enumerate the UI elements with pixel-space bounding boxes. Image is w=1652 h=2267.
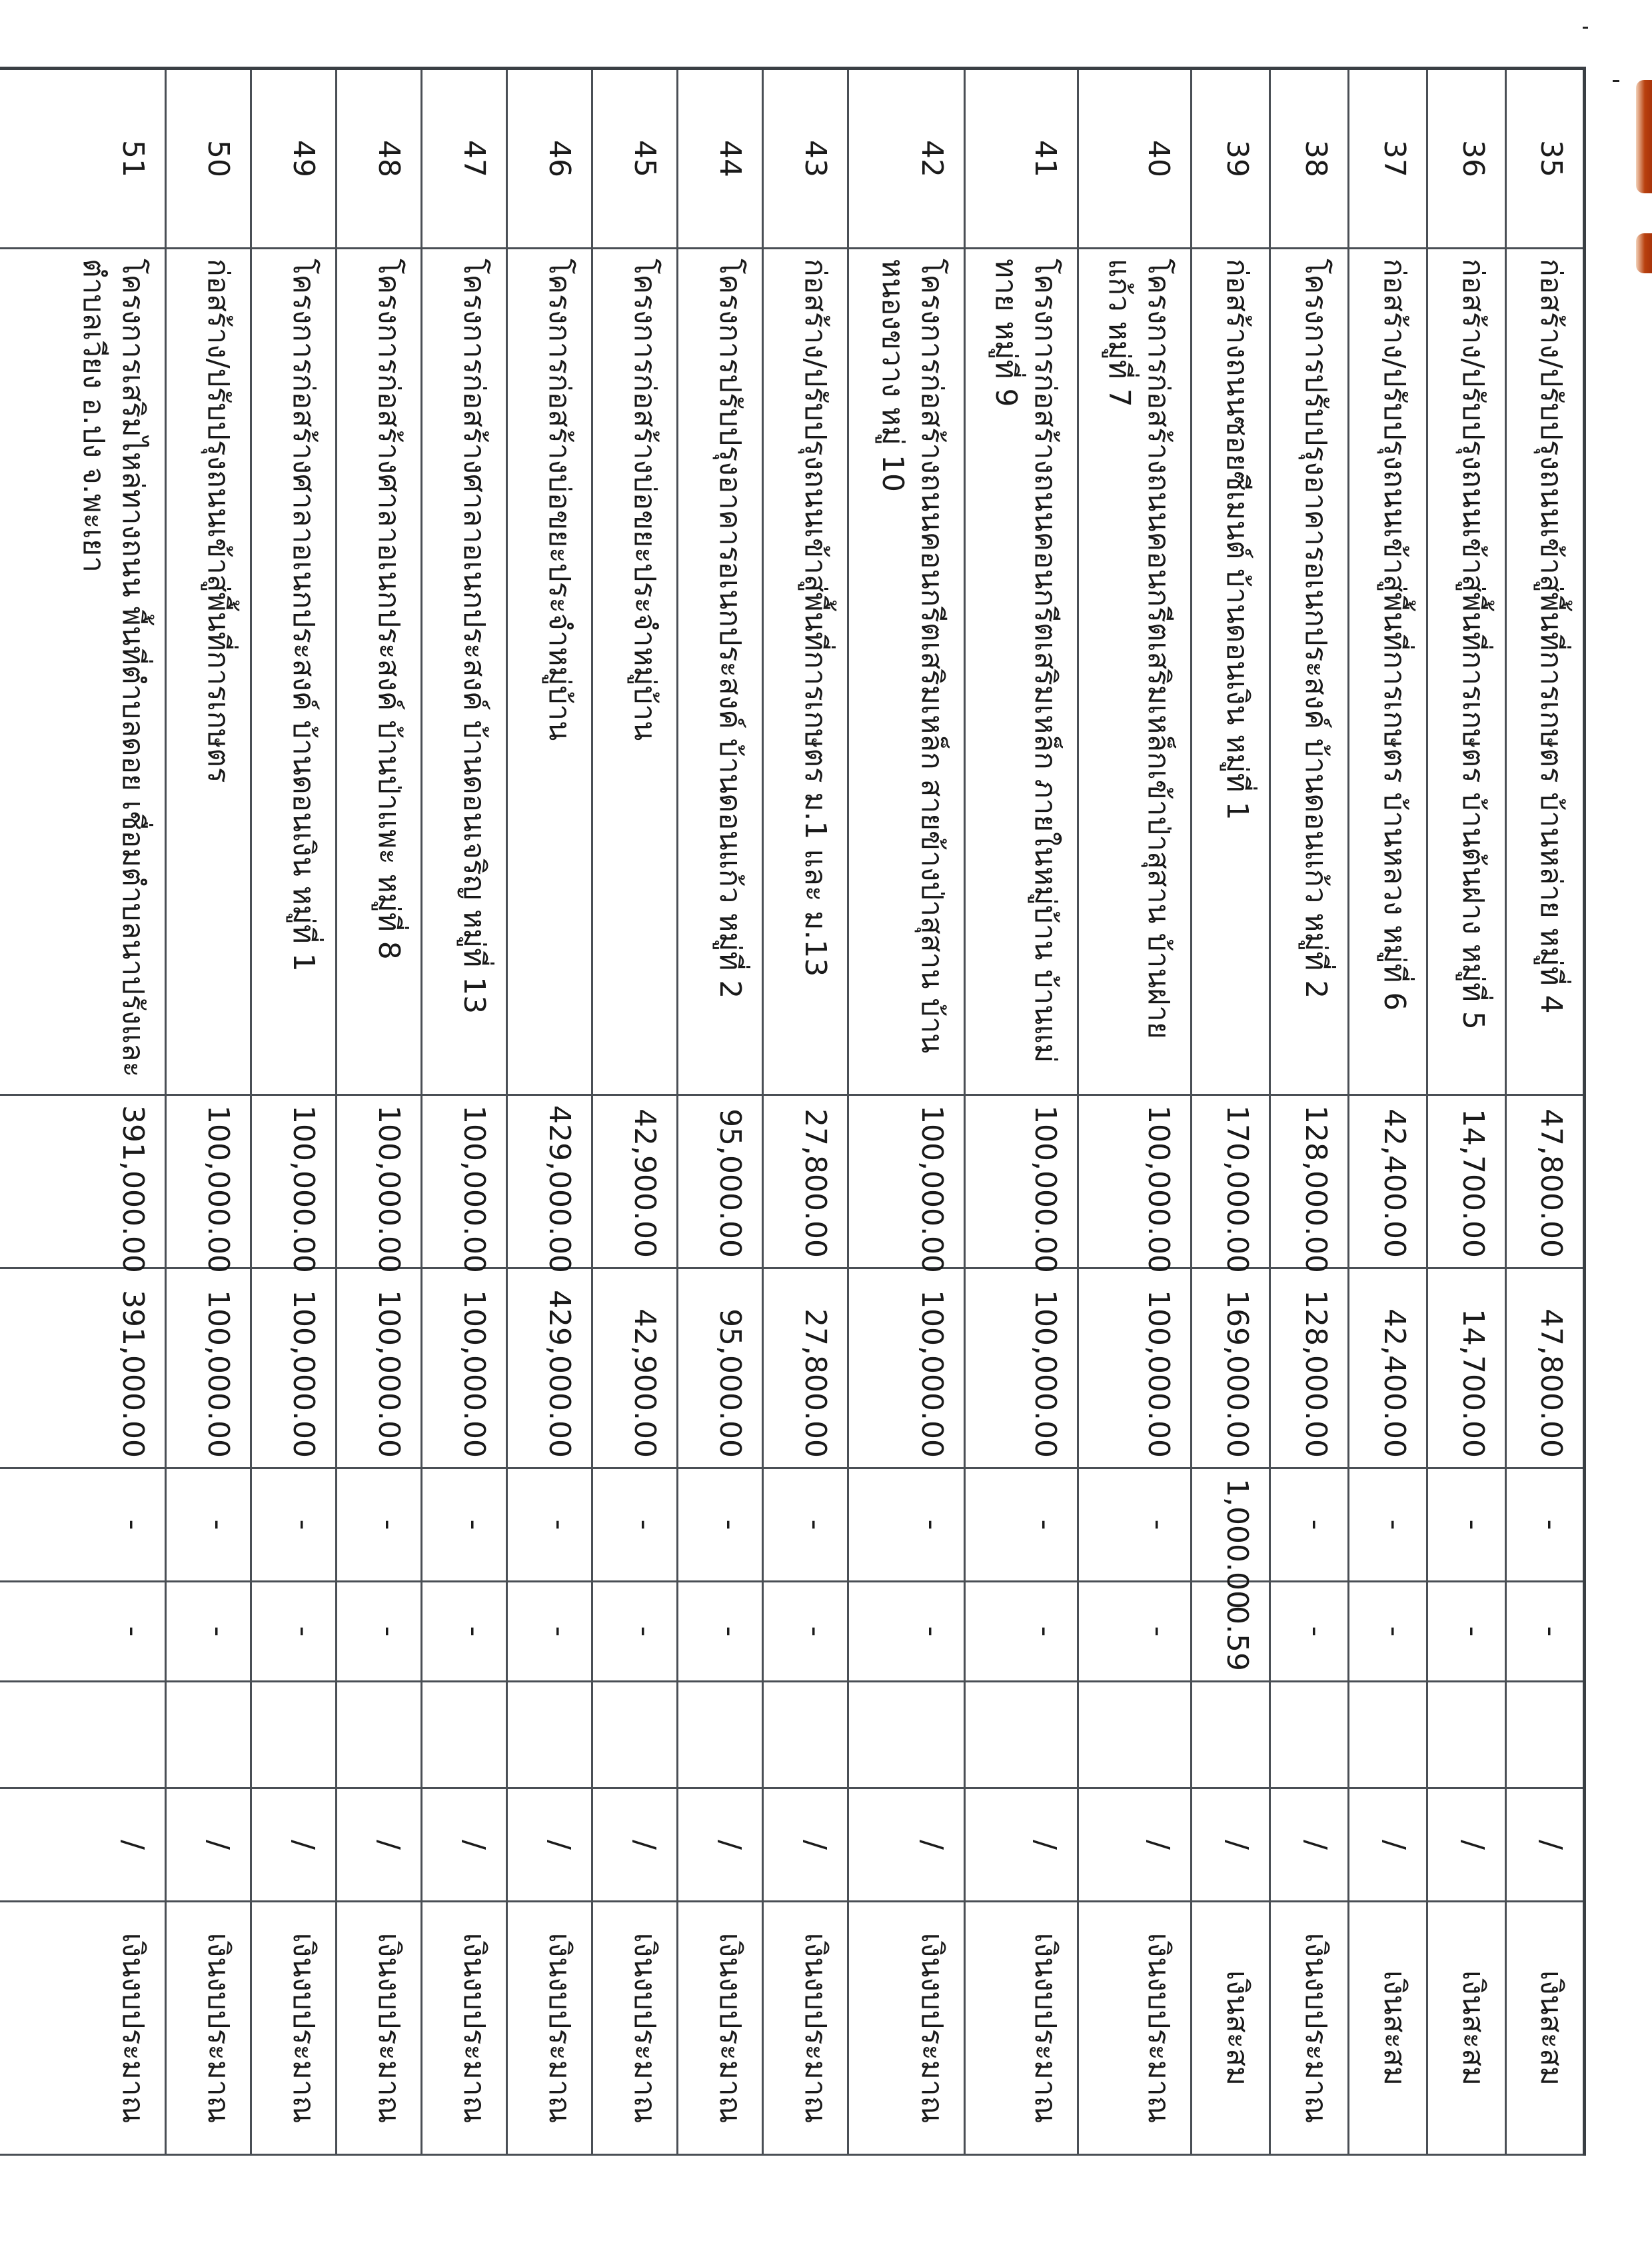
remaining-amount: 1,000.00 (1192, 1468, 1270, 1582)
project-name: โครงการก่อสร้างถนนคอนกรีตเสริมเหล็ก สายข… (848, 249, 965, 1095)
contract-amount: 100,000.00 (848, 1268, 965, 1468)
remaining-amount: - (166, 1468, 251, 1582)
budget-amount: 95,000.00 (678, 1095, 763, 1268)
check-mark-column-1 (1349, 1682, 1427, 1788)
row-number: 37 (1349, 69, 1427, 249)
check-mark-column-2: / (1427, 1788, 1506, 1902)
remaining-percent: - (251, 1582, 337, 1682)
budget-amount: 170,000.00 (1192, 1095, 1270, 1268)
funding-source: เงินงบประมาณ (251, 1902, 337, 2155)
check-mark-column-2: / (763, 1788, 848, 1902)
row-number: 42 (848, 69, 965, 249)
row-number: 38 (1270, 69, 1349, 249)
check-mark-column-2: / (965, 1788, 1078, 1902)
table-row: 51โครงการเสริมไหล่ทางถนน พื้นที่ตำบลดอย … (0, 69, 166, 2155)
row-number: 39 (1192, 69, 1270, 249)
remaining-amount: - (507, 1468, 592, 1582)
contract-amount: 42,900.00 (592, 1268, 678, 1468)
check-mark-column-1 (1078, 1682, 1192, 1788)
project-name: โครงการก่อสร้างบ่อขยะประจำหมู่บ้าน (507, 249, 592, 1095)
scan-speck (1583, 27, 1588, 29)
project-name: โครงการก่อสร้างถนนคอนกรีตเสริมเหล็ก ภายใ… (965, 249, 1078, 1095)
edge-stain (1636, 233, 1652, 273)
scan-speck (1613, 80, 1619, 82)
project-name: โครงการก่อสร้างศาลาอเนกประสงค์ บ้านดอนเจ… (422, 249, 507, 1095)
remaining-percent: - (763, 1582, 848, 1682)
row-number: 40 (1078, 69, 1192, 249)
remaining-amount: - (251, 1468, 337, 1582)
row-number: 47 (422, 69, 507, 249)
edge-stain (1636, 80, 1652, 193)
funding-source: เงินงบประมาณ (678, 1902, 763, 2155)
contract-amount: 27,800.00 (763, 1268, 848, 1468)
funding-source: เงินสะสม (1506, 1902, 1585, 2155)
remaining-percent: - (337, 1582, 422, 1682)
row-number: 43 (763, 69, 848, 249)
table-row: 38โครงการปรับปรุงอาคารอเนกประสงค์ บ้านดอ… (1270, 69, 1349, 2155)
budget-amount: 429,000.00 (507, 1095, 592, 1268)
funding-source: เงินงบประมาณ (337, 1902, 422, 2155)
project-name: ก่อสร้าง/ปรับปรุงถนนเข้าสู่พื้นที่การเกษ… (763, 249, 848, 1095)
check-mark-column-1 (763, 1682, 848, 1788)
check-mark-column-2: / (337, 1788, 422, 1902)
remaining-amount: - (592, 1468, 678, 1582)
table-row: 47โครงการก่อสร้างศาลาอเนกประสงค์ บ้านดอน… (422, 69, 507, 2155)
contract-amount: 100,000.00 (1078, 1268, 1192, 1468)
budget-amount: 100,000.00 (422, 1095, 507, 1268)
remaining-amount: - (848, 1468, 965, 1582)
project-name: โครงการก่อสร้างบ่อขยะประจำหมู่บ้าน (592, 249, 678, 1095)
funding-source: เงินงบประมาณ (1270, 1902, 1349, 2155)
table-row: 42โครงการก่อสร้างถนนคอนกรีตเสริมเหล็ก สา… (848, 69, 965, 2155)
budget-amount: 14,700.00 (1427, 1095, 1506, 1268)
check-mark-column-1 (592, 1682, 678, 1788)
project-name: โครงการเสริมไหล่ทางถนน พื้นที่ตำบลดอย เช… (0, 249, 166, 1095)
remaining-percent: - (166, 1582, 251, 1682)
remaining-percent: - (507, 1582, 592, 1682)
check-mark-column-1 (678, 1682, 763, 1788)
project-name: ก่อสร้าง/ปรับปรุงถนนเข้าสู่พื้นที่การเกษ… (166, 249, 251, 1095)
table-row: 46โครงการก่อสร้างบ่อขยะประจำหมู่บ้าน429,… (507, 69, 592, 2155)
check-mark-column-1 (0, 1682, 166, 1788)
budget-amount: 100,000.00 (1078, 1095, 1192, 1268)
check-mark-column-2: / (0, 1788, 166, 1902)
remaining-percent: - (1078, 1582, 1192, 1682)
check-mark-column-1 (251, 1682, 337, 1788)
project-name: ก่อสร้างถนนซอยซีเมนต์ บ้านดอนเงิน หมู่ที… (1192, 249, 1270, 1095)
check-mark-column-1 (848, 1682, 965, 1788)
funding-source: เงินสะสม (1427, 1902, 1506, 2155)
contract-amount: 128,000.00 (1270, 1268, 1349, 1468)
check-mark-column-1 (507, 1682, 592, 1788)
project-name: โครงการก่อสร้างศาลาอเนกประสงค์ บ้านป่าแพ… (337, 249, 422, 1095)
remaining-amount: - (763, 1468, 848, 1582)
contract-amount: 100,000.00 (965, 1268, 1078, 1468)
check-mark-column-2: / (1349, 1788, 1427, 1902)
remaining-amount: - (1427, 1468, 1506, 1582)
remaining-amount: - (422, 1468, 507, 1582)
remaining-percent: - (1427, 1582, 1506, 1682)
check-mark-column-2: / (507, 1788, 592, 1902)
check-mark-column-1 (1270, 1682, 1349, 1788)
check-mark-column-2: / (422, 1788, 507, 1902)
funding-source: เงินสะสม (1349, 1902, 1427, 2155)
contract-amount: 100,000.00 (422, 1268, 507, 1468)
funding-source: เงินงบประมาณ (1078, 1902, 1192, 2155)
contract-amount: 14,700.00 (1427, 1268, 1506, 1468)
table-row: 43ก่อสร้าง/ปรับปรุงถนนเข้าสู่พื้นที่การเ… (763, 69, 848, 2155)
check-mark-column-1 (1427, 1682, 1506, 1788)
budget-amount: 27,800.00 (763, 1095, 848, 1268)
remaining-percent: - (1506, 1582, 1585, 1682)
table-row: 37ก่อสร้าง/ปรับปรุงถนนเข้าสู่พื้นที่การเ… (1349, 69, 1427, 2155)
funding-source: เงินงบประมาณ (166, 1902, 251, 2155)
budget-amount: 100,000.00 (337, 1095, 422, 1268)
row-number: 51 (0, 69, 166, 249)
funding-source: เงินงบประมาณ (965, 1902, 1078, 2155)
rotated-document-page: 35ก่อสร้าง/ปรับปรุงถนนเข้าสู่พื้นที่การเ… (120, 67, 1586, 2153)
remaining-amount: - (965, 1468, 1078, 1582)
check-mark-column-2: / (848, 1788, 965, 1902)
check-mark-column-1 (422, 1682, 507, 1788)
table-row: 44โครงการปรับปรุงอาคารอเนกประสงค์ บ้านดอ… (678, 69, 763, 2155)
project-name: โครงการปรับปรุงอาคารอเนกประสงค์ บ้านดอนแ… (1270, 249, 1349, 1095)
remaining-percent: - (0, 1582, 166, 1682)
table-row: 49โครงการก่อสร้างศาลาอเนกประสงค์ บ้านดอน… (251, 69, 337, 2155)
check-mark-column-2: / (1270, 1788, 1349, 1902)
row-number: 41 (965, 69, 1078, 249)
check-mark-column-1 (337, 1682, 422, 1788)
contract-amount: 42,400.00 (1349, 1268, 1427, 1468)
table-row: 40โครงการก่อสร้างถนนคอนกรีตเสริมเหล็กเข้… (1078, 69, 1192, 2155)
check-mark-column-2: / (251, 1788, 337, 1902)
contract-amount: 100,000.00 (337, 1268, 422, 1468)
contract-amount: 169,000.00 (1192, 1268, 1270, 1468)
table-row: 48โครงการก่อสร้างศาลาอเนกประสงค์ บ้านป่า… (337, 69, 422, 2155)
budget-amount: 47,800.00 (1506, 1095, 1585, 1268)
budget-amount: 42,900.00 (592, 1095, 678, 1268)
check-mark-column-2: / (1192, 1788, 1270, 1902)
contract-amount: 391,000.00 (0, 1268, 166, 1468)
table-row: 50ก่อสร้าง/ปรับปรุงถนนเข้าสู่พื้นที่การเ… (166, 69, 251, 2155)
row-number: 46 (507, 69, 592, 249)
row-number: 50 (166, 69, 251, 249)
contract-amount: 100,000.00 (166, 1268, 251, 1468)
budget-amount: 100,000.00 (965, 1095, 1078, 1268)
funding-source: เงินงบประมาณ (763, 1902, 848, 2155)
contract-amount: 95,000.00 (678, 1268, 763, 1468)
project-name: ก่อสร้าง/ปรับปรุงถนนเข้าสู่พื้นที่การเกษ… (1506, 249, 1585, 1095)
budget-amount: 100,000.00 (848, 1095, 965, 1268)
remaining-amount: - (0, 1468, 166, 1582)
remaining-percent: - (1349, 1582, 1427, 1682)
project-name: ก่อสร้าง/ปรับปรุงถนนเข้าสู่พื้นที่การเกษ… (1349, 249, 1427, 1095)
check-mark-column-2: / (1506, 1788, 1585, 1902)
row-number: 35 (1506, 69, 1585, 249)
remaining-amount: - (1078, 1468, 1192, 1582)
funding-source: เงินงบประมาณ (592, 1902, 678, 2155)
check-mark-column-1 (965, 1682, 1078, 1788)
funding-source: เงินสะสม (1192, 1902, 1270, 2155)
check-mark-column-2: / (592, 1788, 678, 1902)
table-row: 41โครงการก่อสร้างถนนคอนกรีตเสริมเหล็ก ภา… (965, 69, 1078, 2155)
contract-amount: 100,000.00 (251, 1268, 337, 1468)
contract-amount: 47,800.00 (1506, 1268, 1585, 1468)
check-mark-column-1 (1506, 1682, 1585, 1788)
check-mark-column-2: / (166, 1788, 251, 1902)
budget-amount: 128,000.00 (1270, 1095, 1349, 1268)
check-mark-column-1 (1192, 1682, 1270, 1788)
remaining-amount: - (678, 1468, 763, 1582)
table-body: 35ก่อสร้าง/ปรับปรุงถนนเข้าสู่พื้นที่การเ… (0, 69, 1585, 2155)
project-name: โครงการก่อสร้างศาลาอเนกประสงค์ บ้านดอนเง… (251, 249, 337, 1095)
budget-amount: 391,000.00 (0, 1095, 166, 1268)
row-number: 44 (678, 69, 763, 249)
check-mark-column-2: / (678, 1788, 763, 1902)
contract-amount: 429,000.00 (507, 1268, 592, 1468)
funding-source: เงินงบประมาณ (848, 1902, 965, 2155)
table-row: 35ก่อสร้าง/ปรับปรุงถนนเข้าสู่พื้นที่การเ… (1506, 69, 1585, 2155)
table-row: 39ก่อสร้างถนนซอยซีเมนต์ บ้านดอนเงิน หมู่… (1192, 69, 1270, 2155)
project-name: ก่อสร้าง/ปรับปรุงถนนเข้าสู่พื้นที่การเกษ… (1427, 249, 1506, 1095)
remaining-amount: - (1270, 1468, 1349, 1582)
remaining-amount: - (1506, 1468, 1585, 1582)
budget-amount: 42,400.00 (1349, 1095, 1427, 1268)
remaining-amount: - (337, 1468, 422, 1582)
project-name: โครงการก่อสร้างถนนคอนกรีตเสริมเหล็กเข้าป… (1078, 249, 1192, 1095)
funding-source: เงินงบประมาณ (0, 1902, 166, 2155)
check-mark-column-1 (166, 1682, 251, 1788)
remaining-percent: - (848, 1582, 965, 1682)
check-mark-column-2: / (1078, 1788, 1192, 1902)
table-row: 45โครงการก่อสร้างบ่อขยะประจำหมู่บ้าน42,9… (592, 69, 678, 2155)
remaining-percent: - (965, 1582, 1078, 1682)
remaining-percent: - (1270, 1582, 1349, 1682)
budget-amount: 100,000.00 (251, 1095, 337, 1268)
remaining-percent: - (422, 1582, 507, 1682)
row-number: 48 (337, 69, 422, 249)
budget-amount: 100,000.00 (166, 1095, 251, 1268)
row-number: 49 (251, 69, 337, 249)
row-number: 45 (592, 69, 678, 249)
remaining-percent: - (678, 1582, 763, 1682)
funding-source: เงินงบประมาณ (422, 1902, 507, 2155)
funding-source: เงินงบประมาณ (507, 1902, 592, 2155)
row-number: 36 (1427, 69, 1506, 249)
project-name: โครงการปรับปรุงอาคารอเนกประสงค์ บ้านดอนแ… (678, 249, 763, 1095)
remaining-percent: - (592, 1582, 678, 1682)
remaining-amount: - (1349, 1468, 1427, 1582)
project-budget-table: 35ก่อสร้าง/ปรับปรุงถนนเข้าสู่พื้นที่การเ… (0, 67, 1586, 2156)
table-row: 36ก่อสร้าง/ปรับปรุงถนนเข้าสู่พื้นที่การเ… (1427, 69, 1506, 2155)
